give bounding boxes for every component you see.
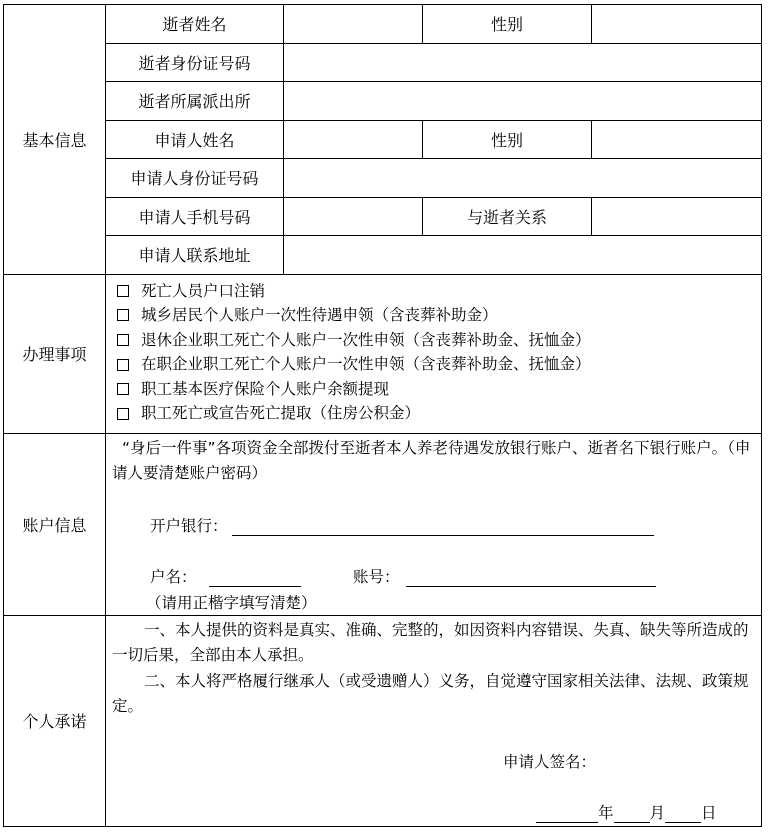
account-info-cell: “身后一件事”各项资金全部拨付至逝者本人养老待遇发放银行账户、逝者名下银行账户。… [106, 433, 762, 615]
matter-item[interactable]: 死亡人员户口注销 [116, 279, 761, 304]
checkbox[interactable] [117, 383, 129, 395]
deceased-police-label: 逝者所属派出所 [106, 82, 284, 121]
checkbox[interactable] [117, 309, 129, 321]
matters-list: 死亡人员户口注销 城乡居民个人账户一次性待遇申领（含丧葬补助金） 退休企业职工死… [106, 274, 762, 433]
handwriting-note: （请用正楷字填写清楚） [146, 591, 317, 613]
deceased-id-field[interactable] [284, 43, 762, 82]
applicant-gender-field[interactable] [592, 120, 762, 159]
applicant-phone-label: 申请人手机号码 [106, 197, 284, 236]
section-basic-info: 基本信息 [4, 5, 106, 275]
account-number-input-line[interactable] [406, 568, 656, 587]
applicant-address-field[interactable] [284, 236, 762, 275]
promise-cell: 一、本人提供的资料是真实、准确、完整的，如因资料内容错误、失真、缺失等所造成的一… [106, 615, 762, 826]
applicant-gender-label: 性别 [423, 120, 592, 159]
applicant-name-field[interactable] [284, 120, 423, 159]
form-table: 基本信息 逝者姓名 性别 逝者身份证号码 逝者所属派出所 申请人姓名 性别 申请… [3, 4, 762, 827]
account-name-field[interactable]: 户名： [150, 565, 301, 587]
matter-item[interactable]: 退休企业职工死亡个人账户一次性申领（含丧葬补助金、抚恤金） [116, 328, 761, 353]
account-intro-text: “身后一件事”各项资金全部拨付至逝者本人养老待遇发放银行账户、逝者名下银行账户。… [106, 434, 761, 486]
matter-item[interactable]: 在职企业职工死亡个人账户一次性申领（含丧葬补助金、抚恤金） [116, 352, 761, 377]
applicant-address-label: 申请人联系地址 [106, 236, 284, 275]
month-input-line[interactable] [614, 806, 650, 823]
account-name-input-line[interactable] [209, 568, 301, 587]
checkbox[interactable] [117, 359, 129, 371]
deceased-id-label: 逝者身份证号码 [106, 43, 284, 82]
deceased-name-field[interactable] [284, 5, 423, 44]
matter-item[interactable]: 职工基本医疗保险个人账户余额提现 [116, 377, 761, 402]
deceased-police-field[interactable] [284, 82, 762, 121]
checkbox[interactable] [117, 408, 129, 420]
promise-paragraph-2: 二、本人将严格履行继承人（或受遗赠人）义务，自觉遵守国家相关法律、法规、政策规定… [106, 669, 761, 720]
checkbox[interactable] [117, 285, 129, 297]
day-input-line[interactable] [665, 806, 701, 823]
account-number-field[interactable]: 账号： [353, 565, 656, 587]
signature-label: 申请人签名： [503, 750, 596, 772]
deceased-gender-label: 性别 [423, 5, 592, 44]
year-input-line[interactable] [536, 806, 598, 823]
deceased-gender-field[interactable] [592, 5, 762, 44]
bank-input-line[interactable] [232, 517, 654, 536]
section-matters: 办理事项 [4, 274, 106, 433]
applicant-id-field[interactable] [284, 159, 762, 198]
matter-item[interactable]: 城乡居民个人账户一次性待遇申领（含丧葬补助金） [116, 303, 761, 328]
applicant-id-label: 申请人身份证号码 [106, 159, 284, 198]
date-field[interactable]: 年 月 日 [536, 801, 717, 823]
applicant-phone-field[interactable] [284, 197, 423, 236]
relation-label: 与逝者关系 [423, 197, 592, 236]
application-form: 基本信息 逝者姓名 性别 逝者身份证号码 逝者所属派出所 申请人姓名 性别 申请… [3, 4, 761, 830]
deceased-name-label: 逝者姓名 [106, 5, 284, 44]
section-account: 账户信息 [4, 433, 106, 615]
section-promise: 个人承诺 [4, 615, 106, 826]
promise-paragraph-1: 一、本人提供的资料是真实、准确、完整的，如因资料内容错误、失真、缺失等所造成的一… [106, 616, 761, 669]
matter-item[interactable]: 职工死亡或宣告死亡提取（住房公积金） [116, 401, 761, 426]
applicant-name-label: 申请人姓名 [106, 120, 284, 159]
bank-field[interactable]: 开户银行： [150, 514, 654, 536]
checkbox[interactable] [117, 334, 129, 346]
relation-field[interactable] [592, 197, 762, 236]
